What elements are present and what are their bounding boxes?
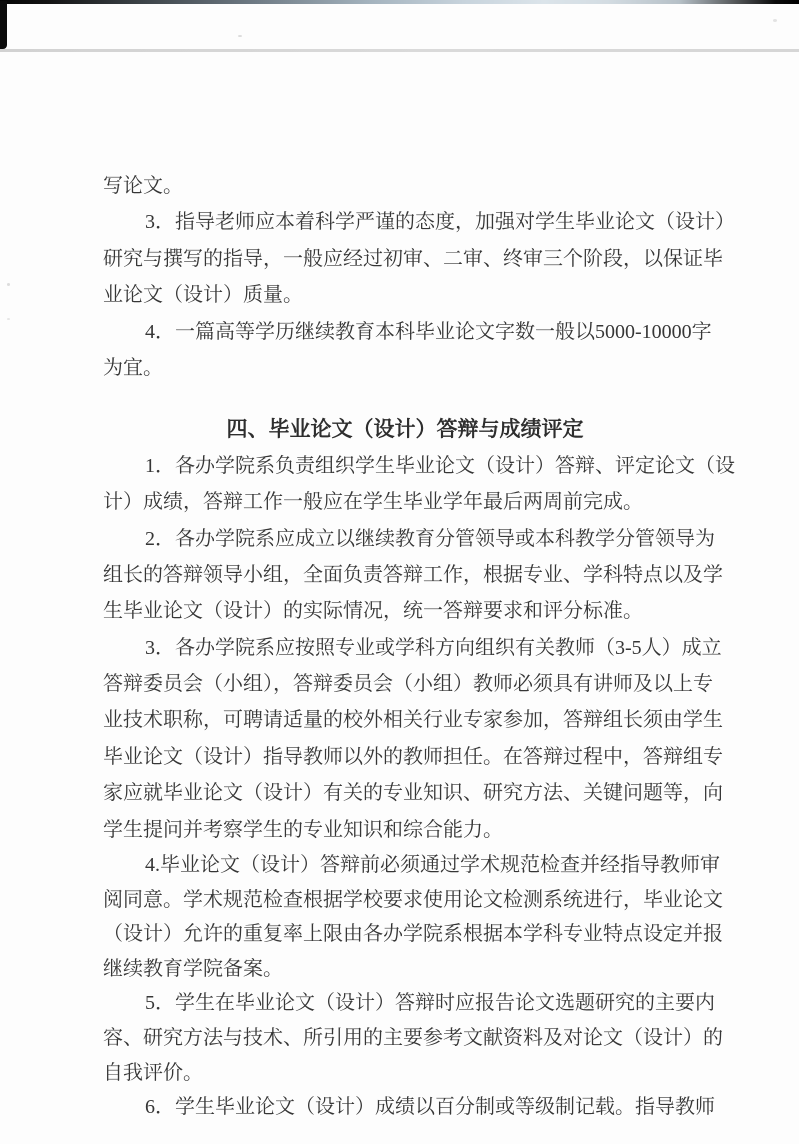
document-line: 1．各办学院系负责组织学生毕业论文（设计）答辩、评定论文（设 — [103, 448, 707, 484]
scan-speck — [7, 318, 10, 320]
document-line: 容、研究方法与技术、所引用的主要参考文献资料及对论文（设计）的 — [103, 1021, 707, 1056]
scan-speck — [773, 19, 777, 22]
scan-top-edge-bar — [0, 0, 799, 4]
document-line: 生毕业论文（设计）的实际情况，统一答辩要求和评分标准。 — [103, 593, 707, 629]
document-line: 3．指导老师应本着科学严谨的态度，加强对学生毕业论文（设计） — [103, 204, 707, 240]
document-line: 学生提问并考察学生的专业知识和综合能力。 — [103, 812, 707, 848]
document-line: 业论文（设计）质量。 — [103, 277, 707, 313]
document-line: 家应就毕业论文（设计）有关的专业知识、研究方法、关键问题等，向 — [103, 775, 707, 811]
document-line: 为宜。 — [103, 350, 707, 386]
document-line: 自我评价。 — [103, 1056, 707, 1091]
scan-divider-line — [0, 49, 799, 52]
document-line: 计）成绩，答辩工作一般应在学生毕业学年最后两周前完成。 — [103, 484, 707, 520]
document-line: 4.毕业论文（设计）答辩前必须通过学术规范检查并经指导教师审 — [103, 848, 707, 883]
scan-corner-mark — [0, 1, 7, 49]
document-line: 3．各办学院系应按照专业或学科方向组织有关教师（3-5人）成立 — [103, 630, 707, 666]
document-line: 6．学生毕业论文（设计）成绩以百分制或等级制记载。指导教师 — [103, 1090, 707, 1125]
document-line: （设计）允许的重复率上限由各办学院系根据本学科专业特点设定并报 — [103, 917, 707, 952]
document-text-block: 写论文。3．指导老师应本着科学严谨的态度，加强对学生毕业论文（设计）研究与撰写的… — [103, 168, 707, 1125]
section-heading: 四、毕业论文（设计）答辩与成绩评定 — [103, 411, 707, 447]
scan-speck — [238, 35, 242, 37]
document-line: 4．一篇高等学历继续教育本科毕业论文字数一般以5000-10000字 — [103, 314, 707, 350]
document-line: 继续教育学院备案。 — [103, 952, 707, 987]
document-line: 组长的答辩领导小组，全面负责答辩工作，根据专业、学科特点以及学 — [103, 557, 707, 593]
document-line: 研究与撰写的指导，一般应经过初审、二审、终审三个阶段，以保证毕 — [103, 241, 707, 277]
document-line: 答辩委员会（小组），答辩委员会（小组）教师必须具有讲师及以上专 — [103, 666, 707, 702]
document-line: 写论文。 — [103, 168, 707, 204]
scanned-document-page: 写论文。3．指导老师应本着科学严谨的态度，加强对学生毕业论文（设计）研究与撰写的… — [0, 0, 799, 1144]
document-line: 阅同意。学术规范检查根据学校要求使用论文检测系统进行，毕业论文 — [103, 883, 707, 918]
document-line: 2．各办学院系应成立以继续教育分管领导或本科教学分管领导为 — [103, 521, 707, 557]
scan-speck — [7, 283, 10, 286]
document-line: 5．学生在毕业论文（设计）答辩时应报告论文选题研究的主要内 — [103, 986, 707, 1021]
document-line: 毕业论文（设计）指导教师以外的教师担任。在答辩过程中，答辩组专 — [103, 739, 707, 775]
document-line: 业技术职称，可聘请适量的校外相关行业专家参加，答辩组长须由学生 — [103, 702, 707, 738]
